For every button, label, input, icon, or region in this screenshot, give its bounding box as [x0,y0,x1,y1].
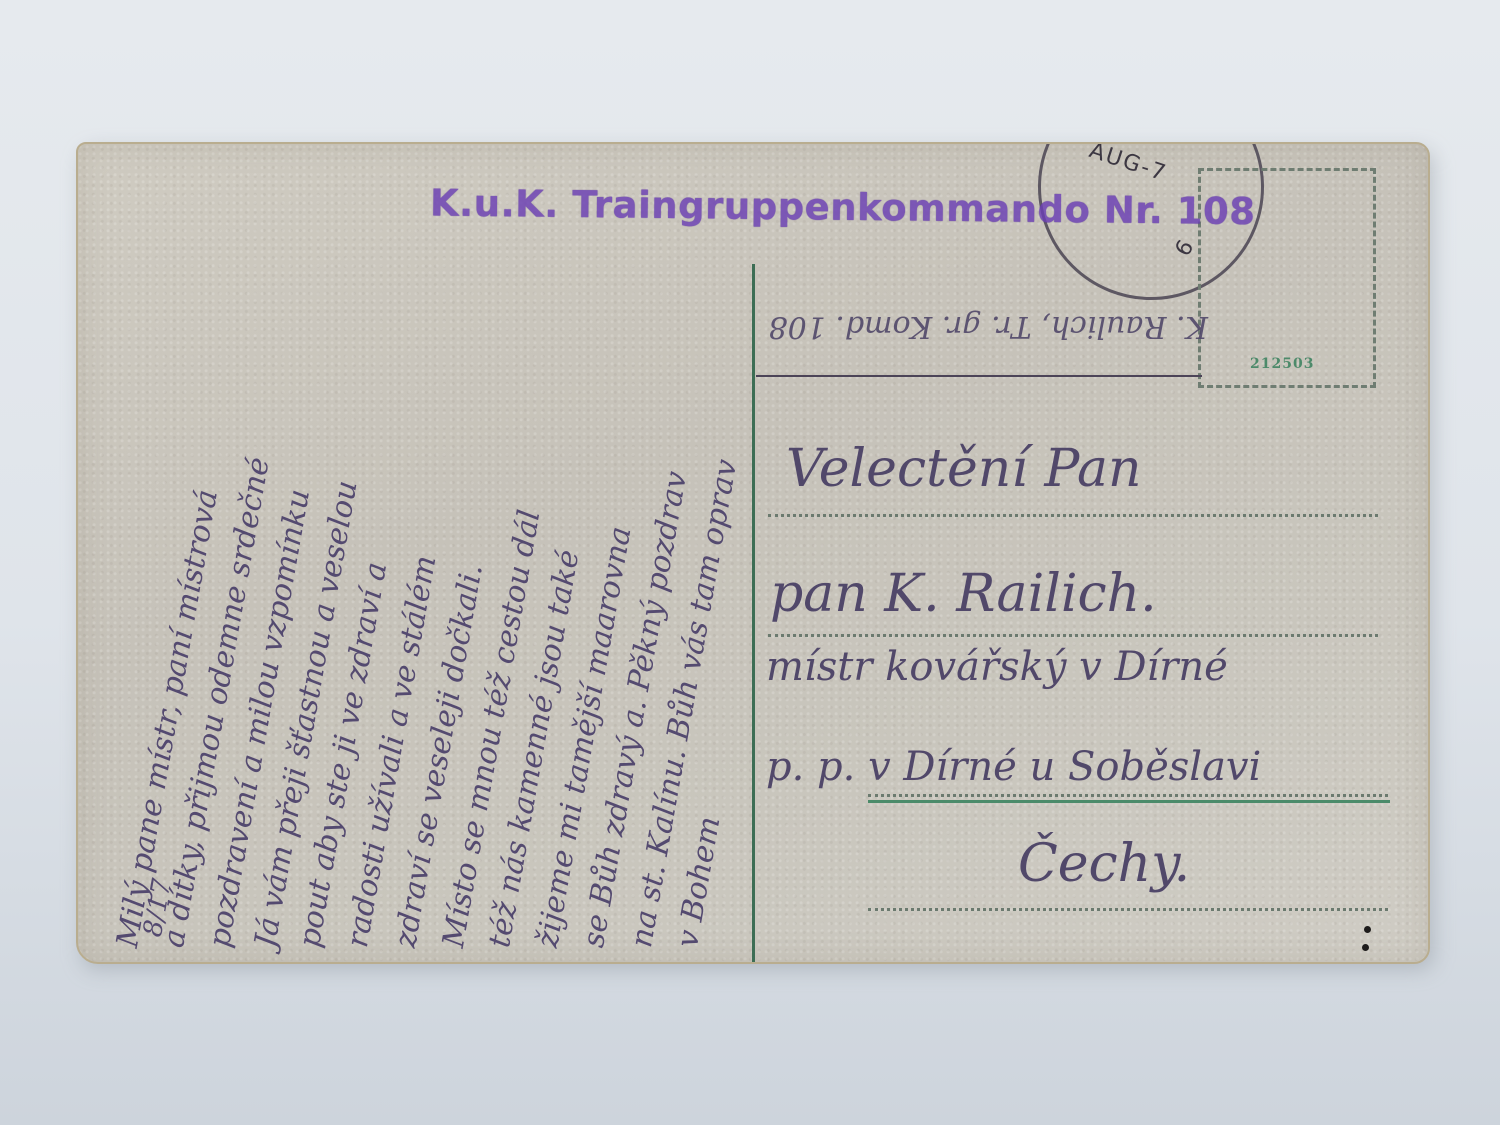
address-line-1: Velectění Pan [786,439,1142,499]
address-green-line [868,800,1390,803]
divider-line [752,264,755,964]
message-area: 8/17 Milý pane místr, paní místrová a dí… [78,144,748,962]
address-dotted-line-3 [868,794,1388,797]
address-line-2: pan K. Railich. [770,564,1157,624]
address-line-3: místr kovářský v Dírné [766,644,1228,690]
stamp-box-number: 212503 [1250,356,1314,372]
punch-hole [1364,926,1371,933]
address-dotted-line-2 [768,634,1378,637]
address-dotted-line-1 [768,514,1378,517]
address-dotted-line-4 [868,908,1388,911]
address-line-5: Čechy. [1018,834,1190,894]
sender-underline [756,375,1202,377]
address-line-4: p. p. v Dírné u Soběslavi [766,744,1261,790]
sender-address: K. Raulich, Tr. gr. Komd. 108 [769,309,1208,344]
punch-hole [1362,944,1369,951]
postcard: AUG-7 6 212503 K.u.K. Traingruppenkomman… [76,142,1430,964]
